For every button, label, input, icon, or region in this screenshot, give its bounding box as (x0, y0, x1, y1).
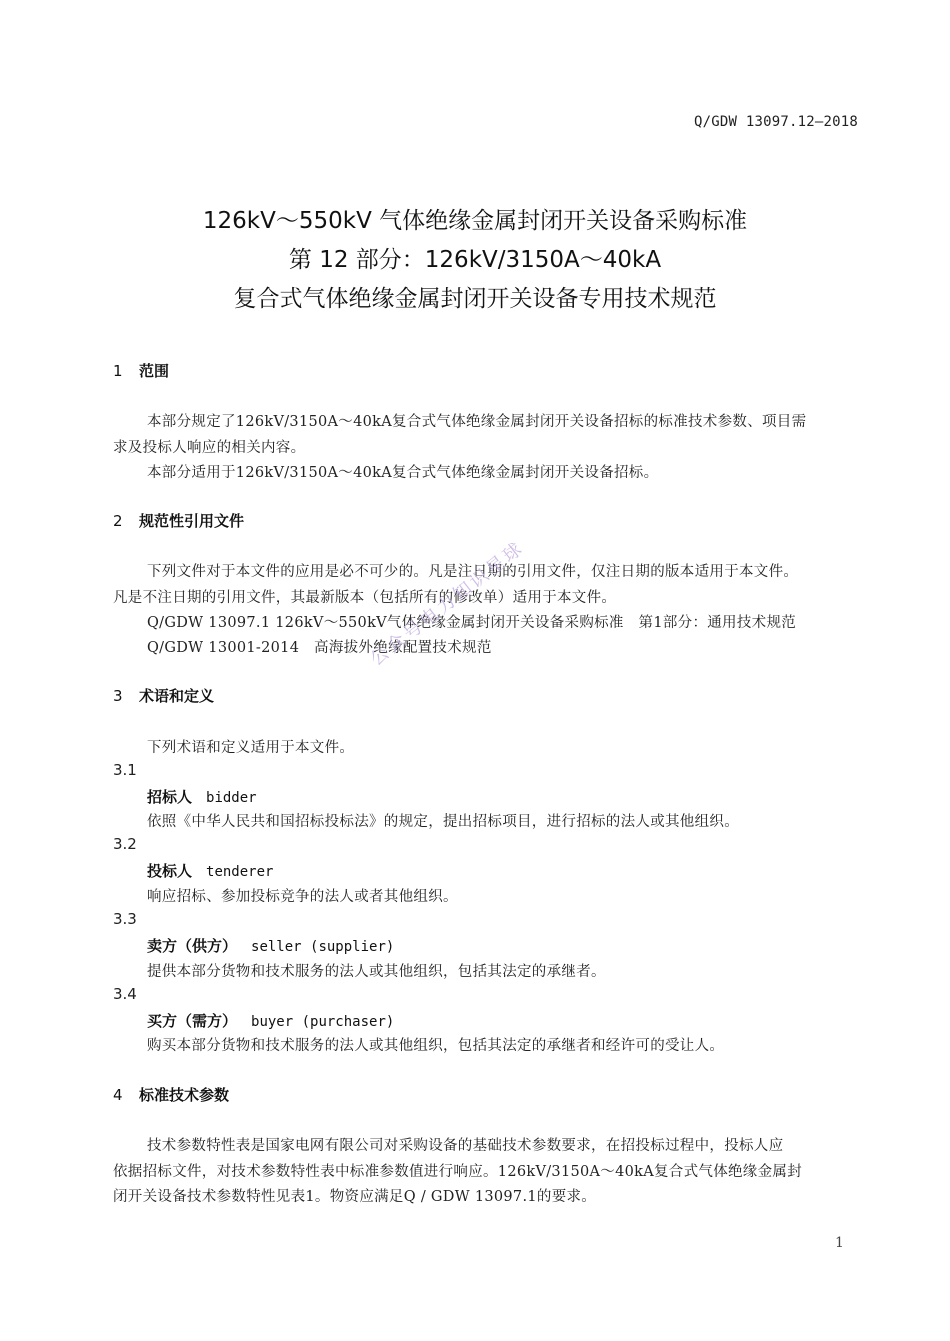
document-title: 126kV～550kV 气体绝缘金属封闭开关设备采购标准 第 12 部分：126… (0, 202, 950, 319)
term-name: 卖方（供方）seller (supplier) (147, 935, 394, 956)
section-number: 4 (113, 1086, 139, 1104)
section-number: 1 (113, 362, 139, 380)
section-title: 范围 (139, 362, 169, 380)
section-4-paragraph-line-2: 依据招标文件，对技术参数特性表中标准参数值进行响应。126kV/3150A～40… (113, 1160, 802, 1181)
document-page: Q/GDW 13097.12—2018 126kV～550kV 气体绝缘金属封闭… (0, 0, 950, 1341)
term-name: 买方（需方）buyer (purchaser) (147, 1010, 394, 1031)
section-number: 2 (113, 512, 139, 530)
section-4-paragraph-line-3: 闭开关设备技术参数特性见表1。物资应满足Q / GDW 13097.1的要求。 (113, 1185, 596, 1206)
term-name-zh: 投标人 (147, 862, 192, 880)
title-line-1: 126kV～550kV 气体绝缘金属封闭开关设备采购标准 (0, 202, 950, 241)
title-line-3: 复合式气体绝缘金属封闭开关设备专用技术规范 (0, 280, 950, 319)
section-4-paragraph-line-1: 技术参数特性表是国家电网有限公司对采购设备的基础技术参数要求，在招投标过程中，投… (147, 1134, 783, 1155)
term-name-en: tenderer (206, 864, 273, 880)
term-definition: 依照《中华人民共和国招标投标法》的规定，提出招标项目，进行招标的法人或其他组织。 (147, 810, 739, 831)
term-name: 招标人bidder (147, 786, 257, 807)
section-title: 术语和定义 (139, 687, 214, 705)
section-title: 标准技术参数 (139, 1086, 229, 1104)
section-1-paragraph-1a: 本部分规定了126kV/3150A～40kA复合式气体绝缘金属封闭开关设备招标的… (147, 410, 806, 431)
term-name-zh: 招标人 (147, 788, 192, 806)
section-1-heading: 1范围 (113, 360, 169, 381)
term-definition: 响应招标、参加投标竞争的法人或者其他组织。 (147, 885, 458, 906)
section-2-heading: 2规范性引用文件 (113, 510, 244, 531)
section-4-heading: 4标准技术参数 (113, 1084, 229, 1105)
section-2-paragraph-1b: 凡是不注日期的引用文件，其最新版本（包括所有的修改单）适用于本文件。 (113, 586, 616, 607)
term-name-en: bidder (206, 790, 257, 806)
standard-code: Q/GDW 13097.12—2018 (694, 114, 858, 130)
section-3-heading: 3术语和定义 (113, 685, 214, 706)
term-definition: 购买本部分货物和技术服务的法人或其他组织，包括其法定的承继者和经许可的受让人。 (147, 1034, 724, 1055)
page-number: 1 (835, 1235, 844, 1251)
title-line-2: 第 12 部分：126kV/3150A～40kA (0, 241, 950, 280)
term-name-zh: 买方（需方） (147, 1012, 237, 1030)
term-name-en: seller (supplier) (251, 939, 394, 955)
term-number: 3.4 (113, 985, 137, 1003)
section-1-paragraph-1b: 求及投标人响应的相关内容。 (113, 436, 305, 457)
term-definition: 提供本部分货物和技术服务的法人或其他组织，包括其法定的承继者。 (147, 960, 606, 981)
term-number: 3.3 (113, 910, 137, 928)
reference-item: Q/GDW 13097.1 126kV～550kV气体绝缘金属封闭开关设备采购标… (147, 611, 796, 632)
term-name-en: buyer (purchaser) (251, 1014, 394, 1030)
term-number: 3.1 (113, 761, 137, 779)
section-3-intro: 下列术语和定义适用于本文件。 (147, 736, 354, 757)
reference-item: Q/GDW 13001-2014 高海拔外绝缘配置技术规范 (147, 636, 492, 657)
term-number: 3.2 (113, 835, 137, 853)
section-1-paragraph-2: 本部分适用于126kV/3150A～40kA复合式气体绝缘金属封闭开关设备招标。 (147, 461, 658, 482)
term-name: 投标人tenderer (147, 860, 273, 881)
section-number: 3 (113, 687, 139, 705)
term-name-zh: 卖方（供方） (147, 937, 237, 955)
section-title: 规范性引用文件 (139, 512, 244, 530)
